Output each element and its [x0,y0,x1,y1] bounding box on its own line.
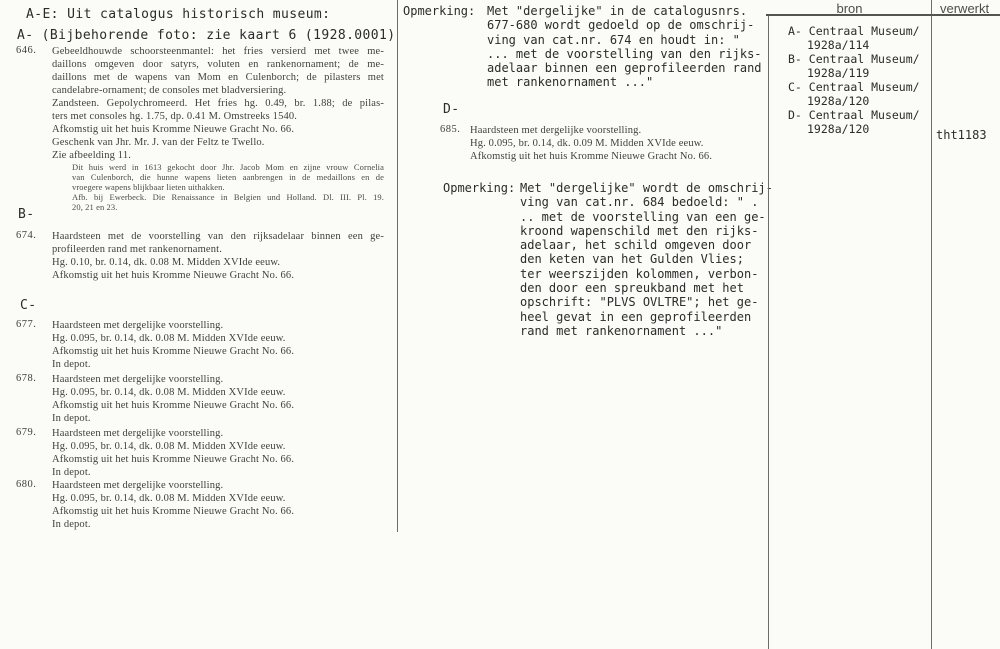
source-key: C- [788,80,802,94]
entry-text: Haardsteen met de voorstelling van den r… [52,230,384,282]
catalog-entry-680: 680. Haardsteen met dergelijke voorstell… [16,479,388,531]
source-label-c: C- [20,298,36,313]
source-ref: 1928a/120 [788,94,920,108]
source-label-b: B- [18,207,34,222]
photo-reference-heading: A- (Bijbehorende foto: zie kaart 6 (1928… [17,28,395,43]
source-key: B- [788,52,802,66]
catalog-card-scan: A-E: Uit catalogus historisch museum: A-… [0,0,1000,649]
entry-text: Haardsteen met dergelijke voorstelling.H… [52,373,384,425]
entry-footnote: Dit huis werd in 1613 gekocht door Jhr. … [72,162,384,212]
source-name: Centraal Museum/ [809,24,920,38]
entry-number: 680. [16,479,48,490]
remark-text: Met "dergelijke" in de catalogusnrs.677-… [487,4,789,90]
source-name: Centraal Museum/ [809,52,920,66]
table-left-border [768,14,769,649]
column-header-bron: bron [768,1,931,16]
catalog-entry-685: 685. Haardsteen met dergelijke voorstell… [440,124,790,163]
source-item-c: C- Centraal Museum/ 1928a/120 [788,80,920,108]
remark-text: Met "dergelijke" wordt de omschrij-ving … [520,181,790,338]
entry-text: Haardsteen met dergelijke voorstelling.H… [52,319,384,371]
table-column-divider [931,0,932,649]
entry-text: Haardsteen met dergelijke voorstelling.H… [470,124,790,163]
column-header-verwerkt: verwerkt [940,1,989,16]
source-ref: 1928a/119 [788,66,920,80]
remark-label: Opmerking: [403,4,475,18]
source-list: A- Centraal Museum/ 1928a/114 B- Centraa… [788,24,920,136]
source-key: D- [788,108,802,122]
entry-number: 679. [16,427,48,438]
catalog-entry-677: 677. Haardsteen met dergelijke voorstell… [16,319,388,371]
source-item-b: B- Centraal Museum/ 1928a/119 [788,52,920,80]
entry-number: 685. [440,124,468,135]
source-name: Centraal Museum/ [809,80,920,94]
remark-label: Opmerking: [443,181,515,195]
entry-number: 678. [16,373,48,384]
catalog-entry-679: 679. Haardsteen met dergelijke voorstell… [16,427,388,479]
entry-number: 677. [16,319,48,330]
entry-text: Gebeeldhouwde schoorsteenmantel: het fri… [52,45,384,162]
catalog-entry-674: 674. Haardsteen met de voorstelling van … [16,230,388,282]
source-ref: 1928a/114 [788,38,920,52]
entry-text: Haardsteen met dergelijke voorstelling.H… [52,479,384,531]
entry-number: 674. [16,230,48,241]
source-item-d: D- Centraal Museum/ 1928a/120 [788,108,920,136]
column-divider [397,0,398,532]
source-name: Centraal Museum/ [809,108,920,122]
verwerkt-value: tht1183 [936,128,987,142]
entry-number: 646. [16,45,48,56]
source-ref: 1928a/120 [788,122,920,136]
entry-text: Haardsteen met dergelijke voorstelling.H… [52,427,384,479]
catalog-entry-646: 646. Gebeeldhouwde schoorsteenmantel: he… [16,45,388,212]
catalog-entry-678: 678. Haardsteen met dergelijke voorstell… [16,373,388,425]
source-label-d: D- [443,102,459,117]
source-key: A- [788,24,802,38]
section-heading: A-E: Uit catalogus historisch museum: [26,7,330,22]
source-item-a: A- Centraal Museum/ 1928a/114 [788,24,920,52]
